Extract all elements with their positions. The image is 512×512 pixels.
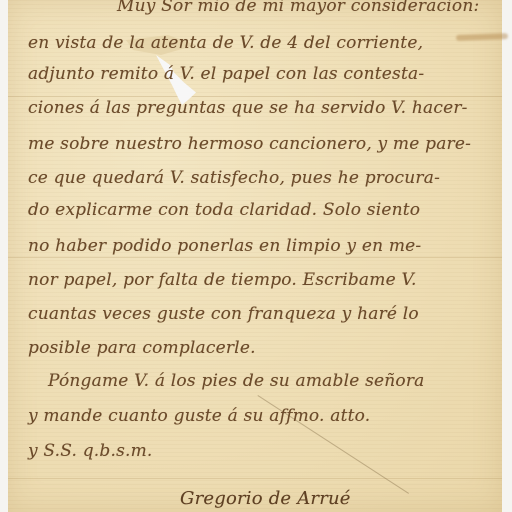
closing-line: y mande cuanto guste á su affmo. atto. [28,406,370,426]
letter-line: adjunto remito á V. el papel con las con… [28,64,424,84]
closing-line: y S.S. q.b.s.m. [28,441,153,461]
letter-line: ce que quedará V. satisfecho, pues he pr… [28,168,440,188]
letter-line: Póngame V. á los pies de su amable señor… [48,371,425,391]
signature: Gregorio de Arrué [180,488,351,509]
letter-line: en vista de la atenta de V. de 4 del cor… [28,33,423,53]
letter-line: no haber podido ponerlas en limpio y en … [28,236,421,256]
fold-line [8,96,502,97]
fold-line [8,257,502,258]
letter-line: me sobre nuestro hermoso cancionero, y m… [28,134,471,154]
letter-line: cuantas veces guste con franqueza y haré… [28,304,419,324]
salutation-line: Muy Sor mio de mi mayor consideracion: [117,0,479,16]
letter-line: ciones á las preguntas que se ha servido… [28,98,468,118]
letter-line: do explicarme con toda claridad. Solo si… [28,200,420,220]
ink-stain [456,33,508,41]
scanned-letter: Muy Sor mio de mi mayor consideracion: e… [0,0,512,512]
letter-line: nor papel, por falta de tiempo. Escribam… [28,270,417,290]
letter-line: posible para complacerle. [28,338,256,358]
fold-line [8,478,502,479]
